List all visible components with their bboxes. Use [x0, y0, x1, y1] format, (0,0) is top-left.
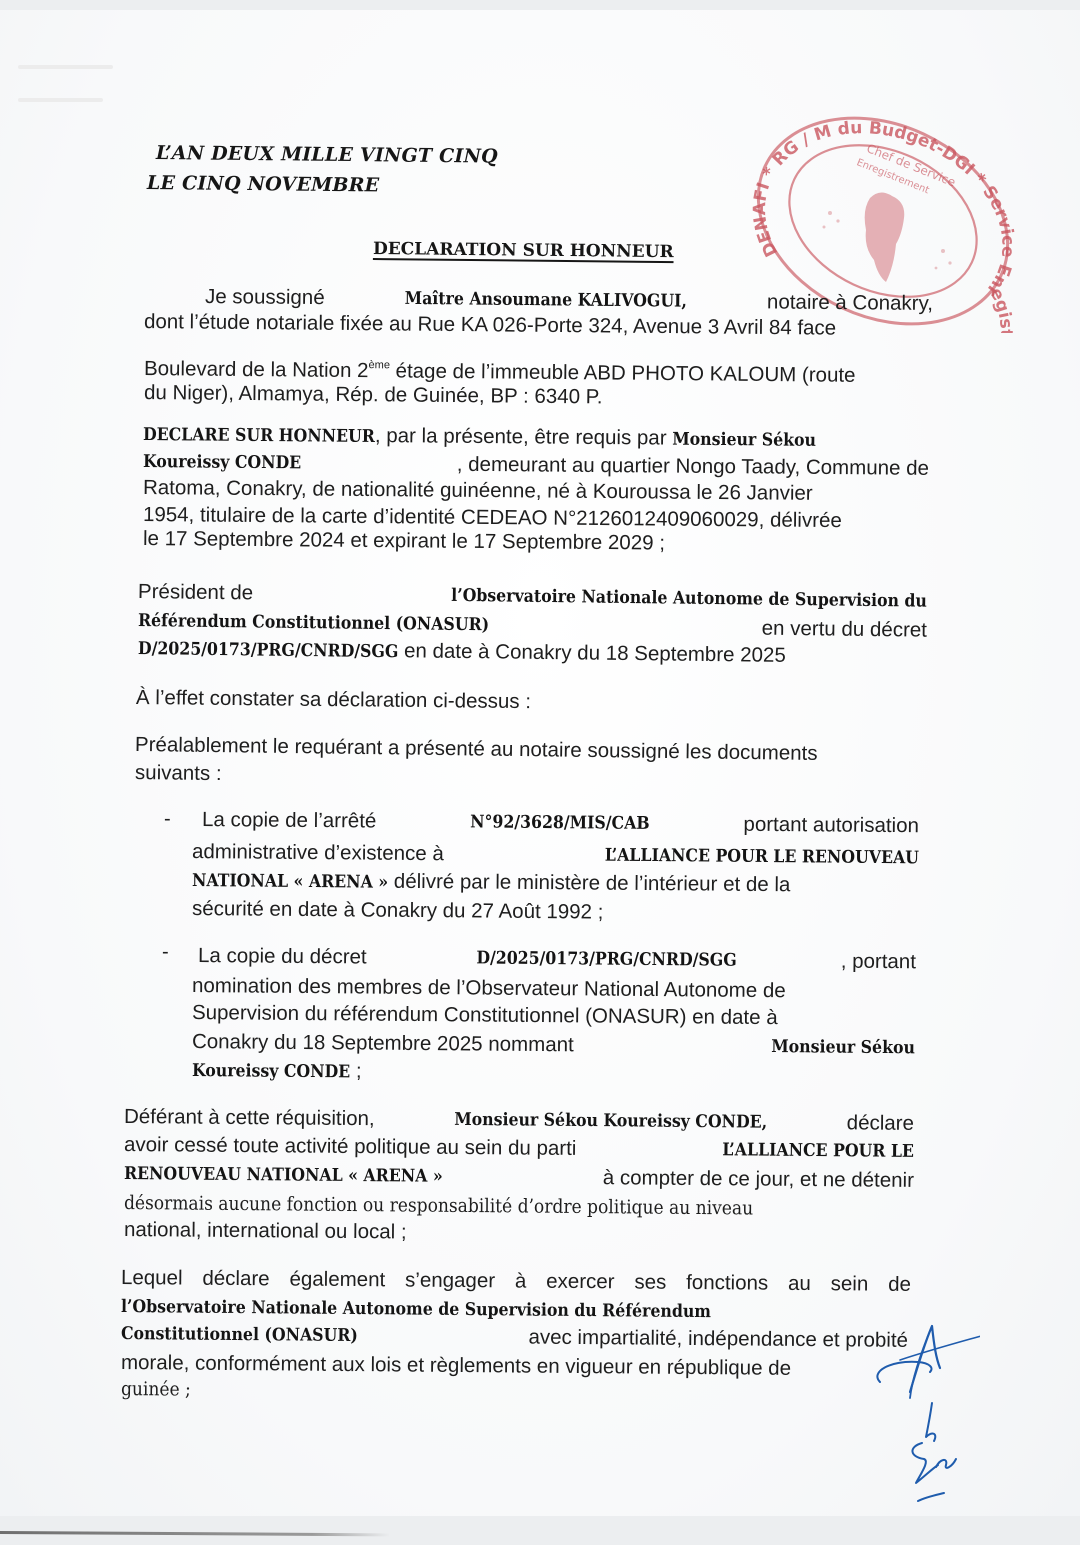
document-title: DECLARATION SUR HONNEUR: [373, 239, 674, 262]
decree-reference: D/2025/0173/PRG/CNRD/SGG: [476, 946, 737, 972]
list-bullet: -: [162, 941, 169, 964]
decree-number: D/2025/0173/PRG/CNRD/SGG: [138, 639, 399, 662]
list-bullet: -: [164, 808, 171, 831]
organization-name: l’Observatoire Nationale Autonome de Sup…: [121, 1297, 711, 1322]
bleed-through-mark: [18, 65, 113, 69]
date-heading-day: LE CINQ NOVEMBRE: [147, 172, 380, 196]
declaration-keyword: DECLARE SUR HONNEUR: [143, 425, 375, 447]
declarant-name: Monsieur Sékou: [672, 430, 816, 451]
notary-name: Maître Ansoumane KALIVOGUI,: [405, 287, 687, 314]
scan-bottom-border: [0, 1516, 1080, 1545]
purpose-line: À l’effet constater sa déclaration ci-de…: [136, 686, 531, 714]
date-heading-year: L’AN DEUX MILLE VINGT CINQ: [156, 142, 498, 168]
bleed-through-mark: [18, 98, 103, 102]
scan-top-border: [0, 0, 1080, 10]
party-name: L’ALLIANCE POUR LE RENOUVEAU: [605, 844, 919, 871]
decree-reference: N°92/3628/MIS/CAB: [470, 810, 650, 836]
